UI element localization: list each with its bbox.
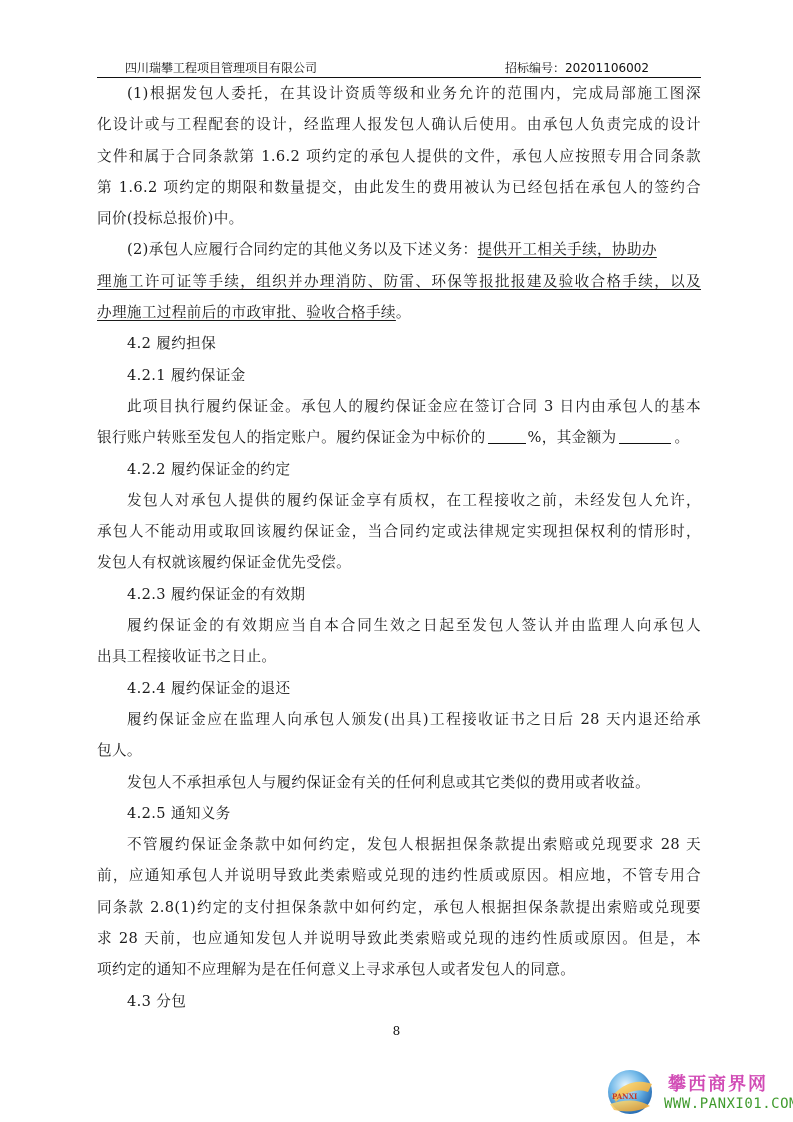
- section-heading-4-2: 4.2 履约担保: [97, 328, 701, 359]
- paragraph-line: 承包人不能动用或取回该履约保证金，当合同约定或法律规定实现担保权利的情形时，: [97, 516, 701, 547]
- paragraph-line: 发包人不承担承包人与履约保证金有关的任何利息或其它类似的费用或者收益。: [97, 767, 701, 798]
- site-watermark: PANXI 攀西商界网 WWW.PANXI01.COM: [596, 1062, 793, 1122]
- underlined-text: 提供开工相关手续，协助办: [478, 241, 657, 258]
- paragraph-line: 办理施工过程前后的市政审批、验收合格手续。: [97, 297, 701, 328]
- section-heading-4-2-3: 4.2.3 履约保证金的有效期: [97, 579, 701, 610]
- bid-number: 招标编号：20201106002: [505, 60, 649, 76]
- paragraph-line: 银行账户转账至发包人的指定账户。履约保证金为中标价的%，其金额为。: [97, 422, 701, 453]
- company-name: 四川瑞攀工程项目管理项目有限公司: [125, 60, 317, 76]
- amount-blank: [619, 425, 671, 444]
- paragraph-line: 项约定的通知不应理解为是在任何意义上寻求承包人或者发包人的同意。: [97, 954, 701, 985]
- percentage-blank: [488, 425, 526, 444]
- paragraph-line: 第 1.6.2 项约定的期限和数量提交，由此发生的费用被认为已经包括在承包人的签…: [97, 172, 701, 203]
- paragraph-line: 履约保证金的有效期应当自本合同生效之日起至发包人签认并由监理人向承包人: [97, 610, 701, 641]
- paragraph-line: 前，应通知承包人并说明导致此类索赔或兑现的违约性质或原因。相应地，不管专用合: [97, 860, 701, 891]
- paragraph-line: 不管履约保证金条款中如何约定，发包人根据担保条款提出索赔或兑现要求 28 天: [97, 829, 701, 860]
- paragraph-line: 理施工许可证等手续，组织并办理消防、防雷、环保等报批报建及验收合格手续，以及: [97, 266, 701, 297]
- page-header: 四川瑞攀工程项目管理项目有限公司 招标编号：20201106002: [97, 59, 701, 78]
- paragraph-line: 出具工程接收证书之日止。: [97, 641, 701, 672]
- paragraph-line: 包人。: [97, 735, 701, 766]
- paragraph-line: 化设计或与工程配套的设计，经监理人报发包人确认后使用。由承包人负责完成的设计: [97, 109, 701, 140]
- paragraph-text: 银行账户转账至发包人的指定账户。履约保证金为中标价的: [97, 429, 486, 446]
- paragraph-text: 。: [396, 304, 411, 321]
- paragraph-text: 。: [674, 429, 689, 446]
- document-body: (1)根据发包人委托，在其设计资质等级和业务允许的范围内，完成局部施工图深 化设…: [97, 78, 701, 1017]
- section-heading-4-2-5: 4.2.5 通知义务: [97, 798, 701, 829]
- svg-text:PANXI: PANXI: [612, 1092, 637, 1101]
- paragraph-line: 同条款 2.8(1)约定的支付担保条款中如何约定，承包人根据担保条款提出索赔或兑…: [97, 892, 701, 923]
- underlined-text: 理施工许可证等手续，组织并办理消防、防雷、环保等报批报建及验收合格手续，以及: [97, 273, 701, 290]
- section-heading-4-3: 4.3 分包: [97, 986, 701, 1017]
- paragraph-line: 同价(投标总报价)中。: [97, 203, 701, 234]
- paragraph-line: 履约保证金应在监理人向承包人颁发(出具)工程接收证书之日后 28 天内退还给承: [97, 704, 701, 735]
- underlined-text: 办理施工过程前后的市政审批、验收合格手续: [97, 304, 396, 321]
- section-heading-4-2-4: 4.2.4 履约保证金的退还: [97, 673, 701, 704]
- paragraph-line: 发包人对承包人提供的履约保证金享有质权，在工程接收之前，未经发包人允许，: [97, 485, 701, 516]
- paragraph-line: 文件和属于合同条款第 1.6.2 项约定的承包人提供的文件，承包人应按照专用合同…: [97, 141, 701, 172]
- page-number: 8: [0, 1024, 793, 1038]
- section-heading-4-2-2: 4.2.2 履约保证金的约定: [97, 454, 701, 485]
- paragraph-line: 求 28 天前，也应通知发包人并说明导致此类索赔或兑现的违约性质或原因。但是，本: [97, 923, 701, 954]
- paragraph-text: (2)承包人应履行合同约定的其他义务以及下述义务：: [127, 241, 478, 258]
- paragraph-text: %，其金额为: [528, 429, 617, 446]
- paragraph-line: (2)承包人应履行合同约定的其他义务以及下述义务：提供开工相关手续，协助办: [97, 234, 701, 265]
- paragraph-line: 发包人有权就该履约保证金优先受偿。: [97, 547, 701, 578]
- section-heading-4-2-1: 4.2.1 履约保证金: [97, 360, 701, 391]
- globe-logo-icon: PANXI: [604, 1066, 656, 1118]
- paragraph-line: 此项目执行履约保证金。承包人的履约保证金应在签订合同 3 日内由承包人的基本: [97, 391, 701, 422]
- watermark-site-name: 攀西商界网: [668, 1070, 768, 1096]
- paragraph-line: (1)根据发包人委托，在其设计资质等级和业务允许的范围内，完成局部施工图深: [97, 78, 701, 109]
- watermark-url: WWW.PANXI01.COM: [664, 1096, 793, 1112]
